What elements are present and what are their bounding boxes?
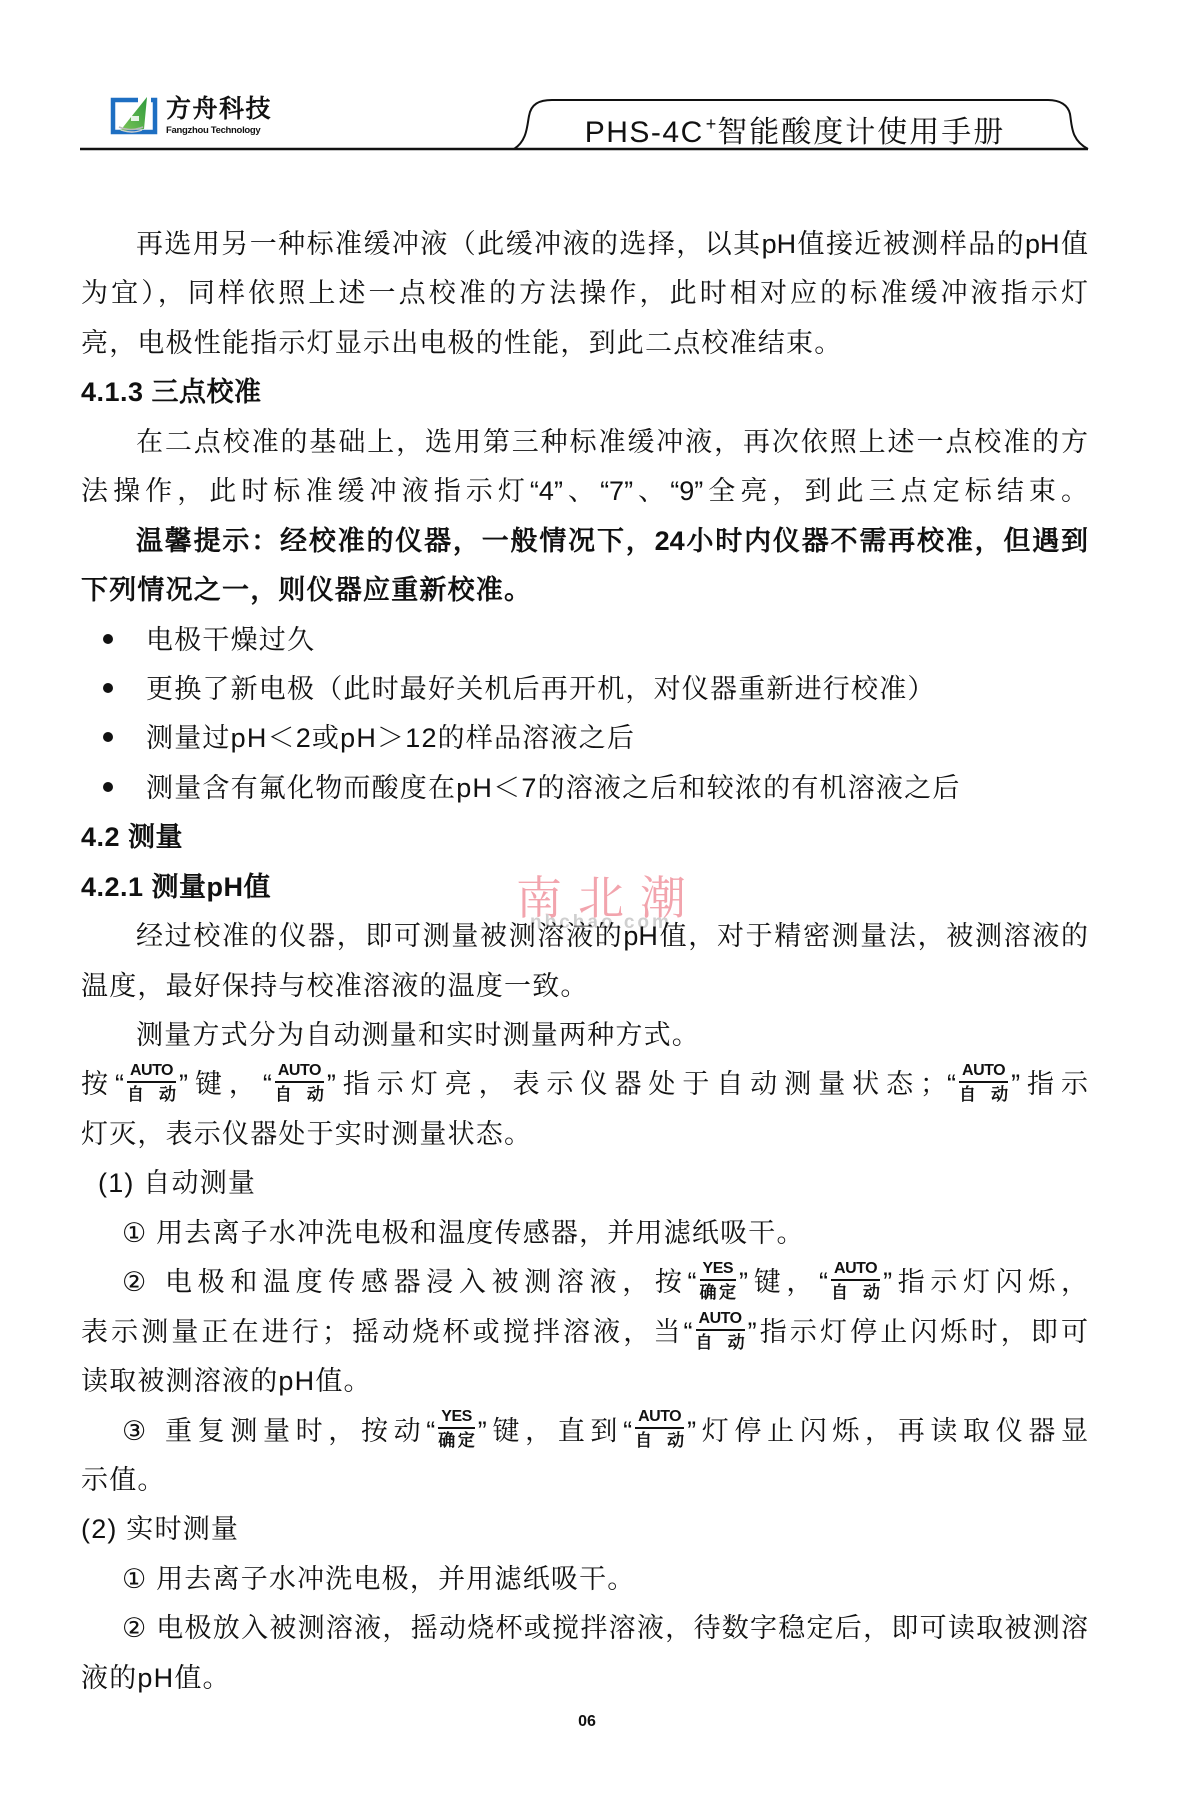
list-item-text: 电极干燥过久 [146,625,315,655]
paragraph-line: 法操作，此时标准缓冲液指示灯“4”、“7”、“9”全亮，到此三点定标结束。 [81,467,1088,516]
list-item: 测量过pH＜2或pH＞12的样品溶液之后 [81,714,1088,763]
fangzhou-sail-logo-icon [110,97,158,135]
list-item-text: 测量含有氟化物而酸度在pH＜7的溶液之后和较浓的有机溶液之后 [146,773,961,803]
auto-key-icon: AUTO自动 [635,1409,684,1449]
step-line: 表示测量正在进行；摇动烧杯或搅拌溶液，当“AUTO自动”指示灯停止闪烁时，即可 [81,1308,1088,1357]
bullet-icon [103,782,113,792]
section-heading-4-2: 4.2 测量 [81,813,1088,862]
tip-line: 下列情况之一，则仪器应重新校准。 [81,566,1088,615]
step-line: 读取被测溶液的pH值。 [81,1357,1088,1406]
company-name-en: Fangzhou Technology [166,125,260,136]
auto-key-icon: AUTO自动 [959,1063,1008,1103]
list-item-text: 测量过pH＜2或pH＞12的样品溶液之后 [146,723,635,753]
step-line: 液的pH值。 [81,1654,1088,1703]
list-item-text: 更换了新电极（此时最好关机后再开机，对仪器重新进行校准） [146,674,936,704]
step-line: ② 电极放入被测溶液，摇动烧杯或搅拌溶液，待数字稳定后，即可读取被测溶 [81,1604,1088,1653]
page-content: 再选用另一种标准缓冲液（此缓冲液的选择，以其pH值接近被测样品的pH值 为宜），… [81,220,1088,1703]
yes-key-icon: YES确定 [438,1409,475,1449]
paragraph-line: 在二点校准的基础上，选用第三种标准缓冲液，再次依照上述一点校准的方 [81,418,1088,467]
list-item: 更换了新电极（此时最好关机后再开机，对仪器重新进行校准） [81,665,1088,714]
company-name-cn: 方舟科技 [166,96,272,123]
step-line: ① 用去离子水冲洗电极，并用滤纸吸干。 [81,1555,1088,1604]
title-superscript: + [706,114,717,134]
auto-key-icon: AUTO自动 [127,1063,176,1103]
list-item: 测量含有氟化物而酸度在pH＜7的溶液之后和较浓的有机溶液之后 [81,764,1088,813]
auto-key-icon: AUTO自动 [696,1311,745,1351]
step-line: ① 用去离子水冲洗电极和温度传感器，并用滤纸吸干。 [81,1209,1088,1258]
yes-key-icon: YES确定 [700,1261,737,1301]
step-line: ② 电极和温度传感器浸入被测溶液，按“YES确定”键，“AUTO自动”指示灯闪烁… [81,1258,1088,1307]
paragraph-line: 测量方式分为自动测量和实时测量两种方式。 [81,1011,1088,1060]
paragraph-line: 经过校准的仪器，即可测量被测溶液的pH值，对于精密测量法，被测溶液的 [81,912,1088,961]
list-item: 电极干燥过久 [81,616,1088,665]
paragraph-line: 再选用另一种标准缓冲液（此缓冲液的选择，以其pH值接近被测样品的pH值 [81,220,1088,269]
title-text: 智能酸度计使用手册 [717,116,1005,149]
title-model: PHS-4C [585,116,704,149]
subsection-heading-realtime: (2) 实时测量 [81,1505,1088,1554]
paragraph-line: 为宜），同样依照上述一点校准的方法操作，此时相对应的标准缓冲液指示灯 [81,269,1088,318]
company-logo: 方舟科技 Fangzhou Technology [110,96,285,140]
auto-key-icon: AUTO自动 [275,1063,324,1103]
step-line: ③ 重复测量时，按动“YES确定”键，直到“AUTO自动”灯停止闪烁，再读取仪器… [81,1407,1088,1456]
paragraph-line: 灯灭，表示仪器处于实时测量状态。 [81,1110,1088,1159]
bullet-icon [103,732,113,742]
page-number: 06 [567,1710,607,1734]
paragraph-line: 温度，最好保持与校准溶液的温度一致。 [81,962,1088,1011]
bullet-icon [103,683,113,693]
paragraph-line: 按“AUTO自动”键，“AUTO自动”指示灯亮，表示仪器处于自动测量状态；“AU… [81,1060,1088,1109]
auto-key-icon: AUTO自动 [831,1261,880,1301]
tip-line: 温馨提示：经校准的仪器，一般情况下，24小时内仪器不需再校准，但遇到 [81,517,1088,566]
step-line: 示值。 [81,1456,1088,1505]
manual-page: 方舟科技 Fangzhou Technology PHS-4C+智能酸度计使用手… [0,0,1200,1812]
paragraph-line: 亮，电极性能指示灯显示出电极的性能，到此二点校准结束。 [81,319,1088,368]
section-heading-4-2-1: 4.2.1 测量pH值 [81,863,1088,912]
subsection-heading-auto: (1) 自动测量 [81,1159,1088,1208]
bullet-icon [103,634,113,644]
document-title: PHS-4C+智能酸度计使用手册 [540,100,1050,148]
section-heading-4-1-3: 4.1.3 三点校准 [81,368,1088,417]
